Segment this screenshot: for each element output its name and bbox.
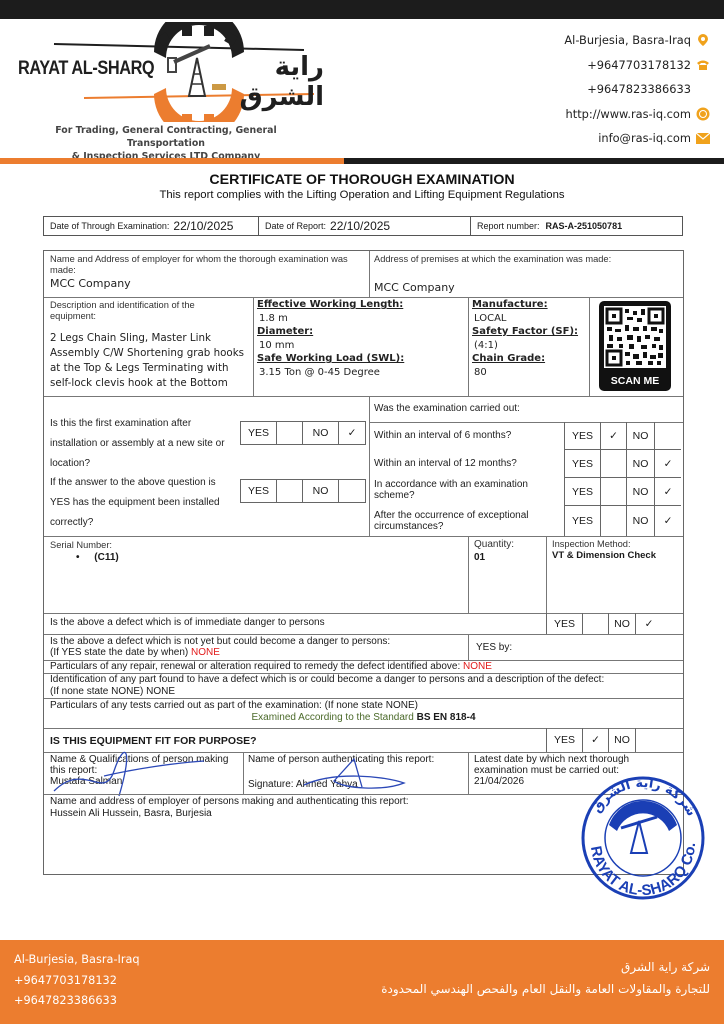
footer-contact: Al-Burjesia, Basra-Iraq +9647703178132 +…: [14, 950, 140, 1012]
immediate-danger-answers: YES NO ✓: [546, 613, 662, 634]
footer-address: Al-Burjesia, Basra-Iraq: [14, 950, 140, 971]
six-months-no-box[interactable]: [655, 422, 681, 449]
exam-scheme: In accordance with an examination scheme…: [374, 479, 554, 501]
phone-2-text[interactable]: +9647823386633: [587, 82, 691, 96]
exam-date-label: Date of Through Examination:: [50, 221, 169, 231]
footer-phone-1: +9647703178132: [14, 971, 140, 992]
scheme-no-box[interactable]: ✓: [655, 478, 681, 505]
immediate-danger-no-box[interactable]: ✓: [636, 613, 662, 634]
spec-manufacture-value: LOCAL: [472, 312, 592, 325]
employer-value: MCC Company: [50, 277, 131, 290]
spec-diameter-label: Diameter:: [257, 325, 467, 339]
spec-swl-value: 3.15 Ton @ 0-45 Degree: [257, 366, 467, 379]
phone-1-text[interactable]: +9647703178132: [587, 58, 691, 72]
exam-date-value: 22/10/2025: [173, 219, 233, 233]
tests-value-prefix: Examined According to the Standard: [251, 712, 413, 723]
yes-label: YES: [547, 613, 583, 634]
footer-phone-2: +9647823386633: [14, 991, 140, 1012]
fit-for-purpose-answers: YES ✓ NO: [546, 728, 662, 752]
yes-label: YES: [565, 478, 601, 505]
serial-label: Serial Number:: [50, 540, 112, 551]
fit-no-box[interactable]: [636, 728, 662, 752]
exam-carried-answer-grid: YES ✓ NO YES NO ✓ YES NO ✓ YES NO ✓: [564, 422, 683, 536]
spec-length-value: 1.8 m: [257, 312, 467, 325]
persons-employer-value: Hussein Ali Hussein, Basra, Burjesia: [50, 808, 409, 820]
no-label: NO: [609, 728, 636, 752]
identification-row: Identification of any part found to have…: [50, 674, 604, 697]
spec-swl-label: Safe Working Load (SWL):: [257, 352, 467, 366]
contact-phone-1: +9647703178132: [564, 53, 710, 78]
premises-label: Address of premises at which the examina…: [374, 254, 611, 265]
report-date-value: 22/10/2025: [330, 219, 390, 233]
scheme-yes-box[interactable]: [601, 478, 627, 505]
yes-by-label: YES by:: [476, 642, 512, 653]
exam-6-months: Within an interval of 6 months?: [374, 426, 511, 446]
contact-email: info@ras-iq.com: [564, 126, 710, 151]
exam-12-months: Within an interval of 12 months?: [374, 454, 517, 474]
installed-no-box[interactable]: [339, 480, 365, 502]
no-label: NO: [627, 422, 655, 449]
qr-code[interactable]: SCAN ME: [599, 301, 671, 391]
installed-yes-box[interactable]: [277, 480, 303, 502]
website-link[interactable]: http://www.ras-iq.com: [566, 107, 691, 121]
serial-item: • (C11): [76, 552, 119, 563]
footer-arabic-line-2: للتجارة والمقاولات العامة والنقل العام و…: [381, 978, 710, 1000]
header-rule-dark: [344, 158, 724, 164]
premises-value: MCC Company: [374, 281, 455, 294]
document-subtitle: This report complies with the Lifting Op…: [0, 189, 724, 201]
contact-website: http://www.ras-iq.com: [564, 102, 710, 127]
yes-label: YES: [565, 422, 601, 449]
future-danger-value: NONE: [191, 647, 220, 658]
address-text: Al-Burjesia, Basra-Iraq: [564, 33, 691, 47]
inspection-method-label: Inspection Method:: [552, 539, 631, 550]
identification-line-2: (If none state NONE) NONE: [50, 686, 604, 698]
spec-safety-factor-value: (4:1): [472, 339, 592, 352]
persons-employer-cell: Name and address of employer of persons …: [50, 796, 409, 819]
header-rule-orange: [0, 158, 344, 164]
tests-value-standard: BS EN 818-4: [417, 712, 476, 723]
no-label: NO: [609, 613, 636, 634]
equipment-description: 2 Legs Chain Sling, Master Link Assembly…: [50, 331, 250, 391]
repair-value: NONE: [463, 661, 492, 672]
repair-label: Particulars of any repair, renewal or al…: [50, 661, 460, 672]
yes-label: YES: [565, 450, 601, 477]
logo-arabic-text: راية الشرق: [210, 52, 324, 112]
company-stamp-icon: RAYAT AL-SHARQ Co. شركة راية الشرق: [573, 773, 713, 903]
no-label: NO: [627, 506, 655, 536]
future-danger-line-1: Is the above a defect which is not yet b…: [50, 636, 390, 647]
contact-block: Al-Burjesia, Basra-Iraq +9647703178132 +…: [564, 28, 710, 151]
exceptional-answers: YES NO ✓: [565, 506, 681, 536]
tagline-line-1: For Trading, General Contracting, Genera…: [16, 124, 316, 150]
qr-scan-label: SCAN ME: [599, 375, 671, 387]
globe-icon: [696, 107, 710, 121]
spec-safety-factor-label: Safety Factor (SF):: [472, 325, 592, 339]
exam-exceptional: After the occurrence of exceptional circ…: [374, 510, 554, 532]
quantity-value: 01: [474, 552, 485, 563]
report-number-label: Report number:: [477, 221, 540, 231]
question-first-exam: Is this the first examination after inst…: [50, 414, 230, 474]
footer-bar: Al-Burjesia, Basra-Iraq +9647703178132 +…: [0, 940, 724, 1024]
description-label: Description and identification of the eq…: [50, 300, 240, 321]
exceptional-yes-box[interactable]: [601, 506, 627, 536]
question-installed-correctly: If the answer to the above question is Y…: [50, 473, 235, 533]
first-exam-answer-group: YES NO ✓: [240, 421, 366, 445]
report-info-bar: Date of Through Examination: 22/10/2025 …: [43, 216, 683, 236]
bullet-icon: •: [76, 552, 80, 563]
yes-label: YES: [241, 422, 277, 444]
employer-label: Name and Address of employer for whom th…: [50, 254, 350, 275]
repair-row: Particulars of any repair, renewal or al…: [50, 661, 492, 672]
first-exam-no-box[interactable]: ✓: [339, 422, 365, 444]
auth-signature-icon: [274, 751, 424, 796]
svg-text:RAYAT AL-SHARQ Co.: RAYAT AL-SHARQ Co.: [587, 842, 699, 899]
report-date-cell: Date of Report: 22/10/2025: [259, 217, 471, 235]
installed-answer-group: YES NO: [240, 479, 366, 503]
report-number-value: RAS-A-251050781: [546, 221, 623, 231]
top-bar: [0, 0, 724, 19]
persons-employer-label: Name and address of employer of persons …: [50, 796, 409, 808]
fit-for-purpose-question: IS THIS EQUIPMENT FIT FOR PURPOSE?: [50, 735, 257, 747]
footer-arabic-line-1: شركة راية الشرق: [381, 956, 710, 978]
twelve-months-answers: YES NO ✓: [565, 450, 681, 478]
specs-left: Effective Working Length: 1.8 m Diameter…: [257, 298, 467, 379]
tests-value: Examined According to the Standard BS EN…: [44, 712, 683, 723]
company-logo: RAYAT AL-SHARQ راية الشرق: [14, 22, 324, 122]
logo-latin-text: RAYAT AL-SHARQ: [18, 58, 154, 80]
first-exam-yes-box[interactable]: [277, 422, 303, 444]
scheme-answers: YES NO ✓: [565, 478, 681, 506]
telephone-icon: [696, 58, 710, 72]
envelope-icon: [696, 131, 710, 145]
identification-line-1: Identification of any part found to have…: [50, 674, 604, 686]
fit-yes-box[interactable]: ✓: [583, 728, 609, 752]
exam-carried-out-label: Was the examination carried out:: [374, 399, 520, 419]
document-title: CERTIFICATE OF THOROUGH EXAMINATION: [0, 172, 724, 188]
spec-manufacture-label: Manufacture:: [472, 298, 592, 312]
twelve-months-no-box[interactable]: ✓: [655, 450, 681, 477]
spec-diameter-value: 10 mm: [257, 339, 467, 352]
immediate-danger-yes-box[interactable]: [583, 613, 609, 634]
exam-date-cell: Date of Through Examination: 22/10/2025: [44, 217, 259, 235]
no-label: NO: [303, 480, 339, 502]
tests-label: Particulars of any tests carried out as …: [50, 700, 418, 711]
yes-label: YES: [565, 506, 601, 536]
inspection-method-value: VT & Dimension Check: [552, 550, 656, 561]
twelve-months-yes-box[interactable]: [601, 450, 627, 477]
yes-label: YES: [241, 480, 277, 502]
report-number-cell: Report number: RAS-A-251050781: [471, 217, 682, 235]
location-pin-icon: [696, 33, 710, 47]
six-months-yes-box[interactable]: ✓: [601, 422, 627, 449]
spec-chain-grade-value: 80: [472, 366, 592, 379]
report-date-label: Date of Report:: [265, 221, 326, 231]
contact-address: Al-Burjesia, Basra-Iraq: [564, 28, 710, 53]
spec-length-label: Effective Working Length:: [257, 298, 467, 312]
no-label: NO: [627, 478, 655, 505]
qr-pattern-icon: [604, 306, 666, 368]
future-danger-line-2: (If YES state the date by when): [50, 647, 188, 658]
serial-number-value: (C11): [94, 552, 118, 563]
no-label: NO: [627, 450, 655, 477]
quantity-label: Quantity:: [474, 540, 514, 551]
footer-arabic-name: شركة راية الشرق للتجارة والمقاولات العام…: [381, 956, 710, 1000]
spec-chain-grade-label: Chain Grade:: [472, 352, 592, 366]
no-label: NO: [303, 422, 339, 444]
six-months-answers: YES ✓ NO: [565, 422, 681, 450]
specs-right: Manufacture: LOCAL Safety Factor (SF): (…: [472, 298, 592, 379]
yes-label: YES: [547, 728, 583, 752]
contact-phone-2: +9647823386633: [564, 77, 710, 102]
immediate-danger-question: Is the above a defect which is of immedi…: [50, 617, 325, 628]
future-danger-question: Is the above a defect which is not yet b…: [50, 636, 390, 658]
exceptional-no-box[interactable]: ✓: [655, 506, 681, 536]
email-link[interactable]: info@ras-iq.com: [598, 131, 691, 145]
